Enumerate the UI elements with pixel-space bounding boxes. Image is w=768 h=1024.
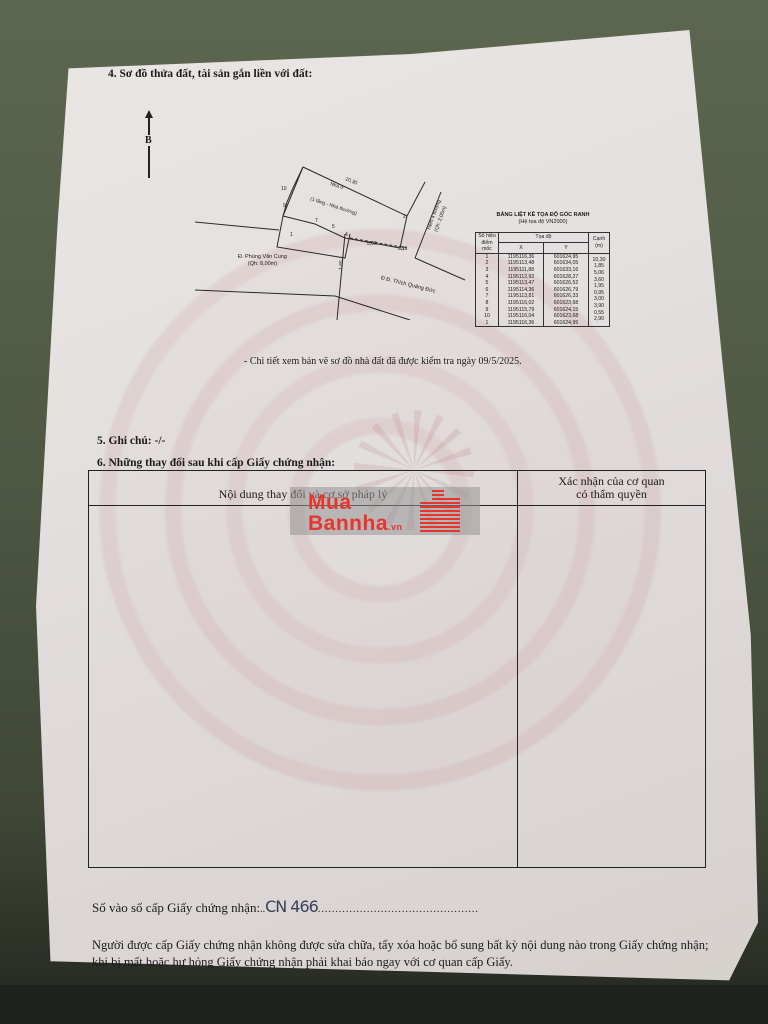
svg-text:3: 3 <box>401 246 404 252</box>
svg-text:(1 tầng - Nhà thường): (1 tầng - Nhà thường) <box>309 196 357 217</box>
header-x: X <box>499 243 544 253</box>
svg-text:Nhà ở: Nhà ở <box>329 180 345 191</box>
header-coords: Tọa độ <box>499 233 589 243</box>
svg-text:9: 9 <box>283 203 286 209</box>
street-label-phung-van-cung: Đ. Phùng Văn Cung (Qh: 8,00m) <box>238 254 287 268</box>
north-label: B <box>144 135 153 146</box>
svg-text:1: 1 <box>290 232 293 238</box>
north-arrow-shaft <box>148 115 150 178</box>
svg-text:4: 4 <box>345 232 348 238</box>
section-6-title: 6. Những thay đổi sau khi cấp Giấy chứng… <box>97 457 335 469</box>
point-column: 123456789101 <box>476 253 499 327</box>
header-edge: Cạnh (m) <box>589 233 610 254</box>
section-4-title: 4. Sơ đồ thửa đất, tài sản gắn liền với … <box>108 68 312 80</box>
coord-table-title: BẢNG LIỆT KÊ TỌA ĐỘ GÓC RANH (Hệ tọa độ … <box>483 212 603 226</box>
svg-text:7: 7 <box>315 218 318 224</box>
registry-line: Số vào sổ cấp Giấy chứng nhận:..CN 466..… <box>92 897 479 916</box>
y-column: 601624,95601634,05601633,16601628,276016… <box>544 253 589 327</box>
watermark-text-bannha: Bannha.vn <box>308 514 403 537</box>
svg-text:5: 5 <box>332 224 335 230</box>
changes-column-confirmation-header: Xác nhận của cơ quan có thẩm quyền <box>518 475 705 501</box>
svg-text:2: 2 <box>403 214 406 220</box>
watermark-text-mua: Mua <box>308 493 352 513</box>
edge-column: 10,301,855,063,601,950,953,003,900,552,9… <box>589 253 610 327</box>
svg-text:10: 10 <box>281 186 287 192</box>
header-point: Số hiệu điểm mốc <box>476 233 499 254</box>
x-column: 1195116,361195113,481195111,881195112,92… <box>499 253 544 327</box>
inspection-note: - Chi tiết xem bản vẽ sơ đồ nhà đất đã đ… <box>244 356 522 367</box>
plot-diagram: Nhà ở (1 tầng - Nhà thường) 10,30 5,06 3… <box>195 150 470 320</box>
coord-table: Số hiệu điểm mốc Tọa độ Cạnh (m) X Y 123… <box>475 232 610 327</box>
section-5-notes: 5. Ghi chú: -/- <box>97 435 165 447</box>
svg-text:1,65: 1,65 <box>338 260 345 270</box>
background-surface <box>0 985 768 1024</box>
registry-label: Số vào sổ cấp Giấy chứng nhận: <box>92 900 260 915</box>
svg-text:5,06: 5,06 <box>367 241 377 247</box>
header-y: Y <box>544 243 589 253</box>
svg-text:10,30: 10,30 <box>344 176 358 186</box>
coord-rows: 123456789101 1195116,361195113,481195111… <box>476 253 610 327</box>
warning-paragraph: Người được cấp Giấy chứng nhận không đượ… <box>92 937 712 971</box>
registry-number: CN 466 <box>265 897 318 916</box>
